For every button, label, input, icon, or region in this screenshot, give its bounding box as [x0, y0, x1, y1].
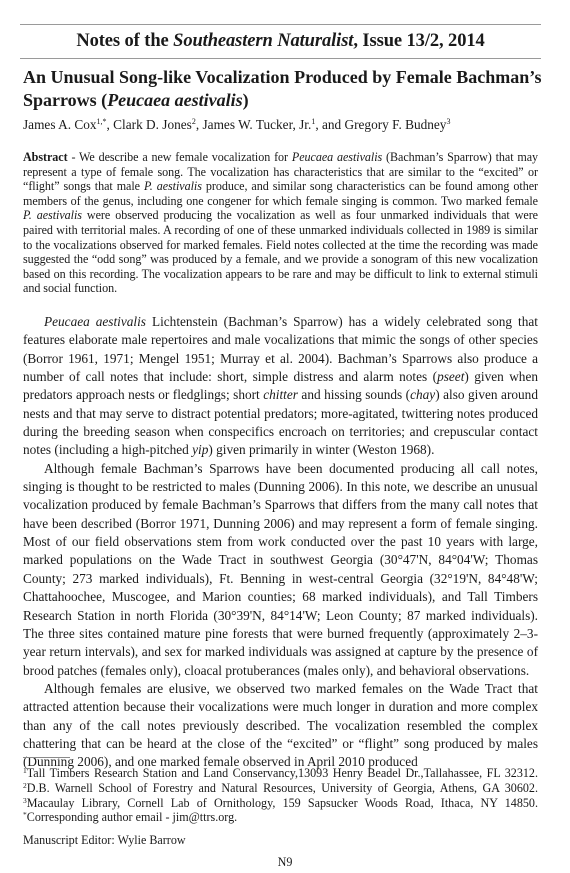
- body-paragraph-1: Peucaea aestivalis Lichtenstein (Bachman…: [23, 313, 538, 460]
- footnote-text: Tall Timbers Research Station and Land C…: [27, 766, 538, 780]
- author: James A. Cox1,*,: [23, 117, 113, 132]
- footnote-text: Corresponding author email - jim@ttrs.or…: [27, 810, 237, 824]
- species-name: P. aestivalis: [144, 179, 202, 193]
- author-name: James W. Tucker, Jr.: [203, 117, 312, 132]
- journal-issue: , Issue 13/2, 2014: [353, 31, 484, 51]
- abstract-text: were observed producing the vocalization…: [23, 208, 538, 295]
- call-term: pseet: [437, 369, 464, 384]
- call-term: chay: [410, 387, 435, 402]
- footnotes: 1Tall Timbers Research Station and Land …: [23, 766, 538, 825]
- manuscript-editor: Manuscript Editor: Wylie Barrow: [23, 833, 186, 848]
- species-name: Peucaea aestivalis: [292, 150, 382, 164]
- author-affiliation: 1,*: [97, 117, 107, 126]
- header-bottom-rule: [20, 58, 541, 59]
- author-separator: , and: [315, 117, 344, 132]
- species-name: Peucaea aestivalis: [44, 314, 146, 329]
- abstract: Abstract - We describe a new female voca…: [23, 150, 538, 296]
- author: Clark D. Jones2,: [113, 117, 202, 132]
- author-name: James A. Cox: [23, 117, 97, 132]
- journal-header-prefix: Notes of the: [76, 31, 173, 51]
- call-term: chitter: [263, 387, 298, 402]
- article-title: An Unusual Song-like Vocalization Produc…: [23, 66, 543, 112]
- body-paragraph-3: Although females are elusive, we observe…: [23, 680, 538, 772]
- footnote-separator: [23, 757, 70, 758]
- author: Gregory F. Budney3: [344, 117, 450, 132]
- species-name: P. aestivalis: [23, 208, 82, 222]
- call-term: yip: [192, 442, 208, 457]
- abstract-label: Abstract: [23, 150, 68, 164]
- author-name: Gregory F. Budney: [344, 117, 446, 132]
- title-species: Peucaea aestivalis: [107, 90, 242, 110]
- author-name: Clark D. Jones: [113, 117, 192, 132]
- author-affiliation: 3: [446, 117, 450, 126]
- footnote-text: D.B. Warnell School of Forestry and Natu…: [27, 781, 538, 795]
- author: James W. Tucker, Jr.1, and: [203, 117, 345, 132]
- author-separator: ,: [196, 117, 203, 132]
- author-list: James A. Cox1,*, Clark D. Jones2, James …: [23, 116, 543, 134]
- page-number: N9: [0, 855, 570, 870]
- footnote-text: Macaulay Library, Cornell Lab of Ornitho…: [27, 796, 538, 810]
- body-text: ) given primarily in winter (Weston 1968…: [208, 442, 434, 457]
- body-text: and hissing sounds (: [298, 387, 410, 402]
- body-paragraph-2: Although female Bachman’s Sparrows have …: [23, 460, 538, 680]
- abstract-text: - We describe a new female vocalization …: [68, 150, 292, 164]
- journal-name: Southeastern Naturalist: [173, 31, 353, 51]
- title-text: An Unusual Song-like Vocalization Produc…: [23, 67, 542, 110]
- header-top-rule: [20, 24, 541, 25]
- journal-header: Notes of the Southeastern Naturalist, Is…: [20, 29, 541, 53]
- article-body: Peucaea aestivalis Lichtenstein (Bachman…: [23, 313, 538, 772]
- title-close: ): [243, 90, 249, 110]
